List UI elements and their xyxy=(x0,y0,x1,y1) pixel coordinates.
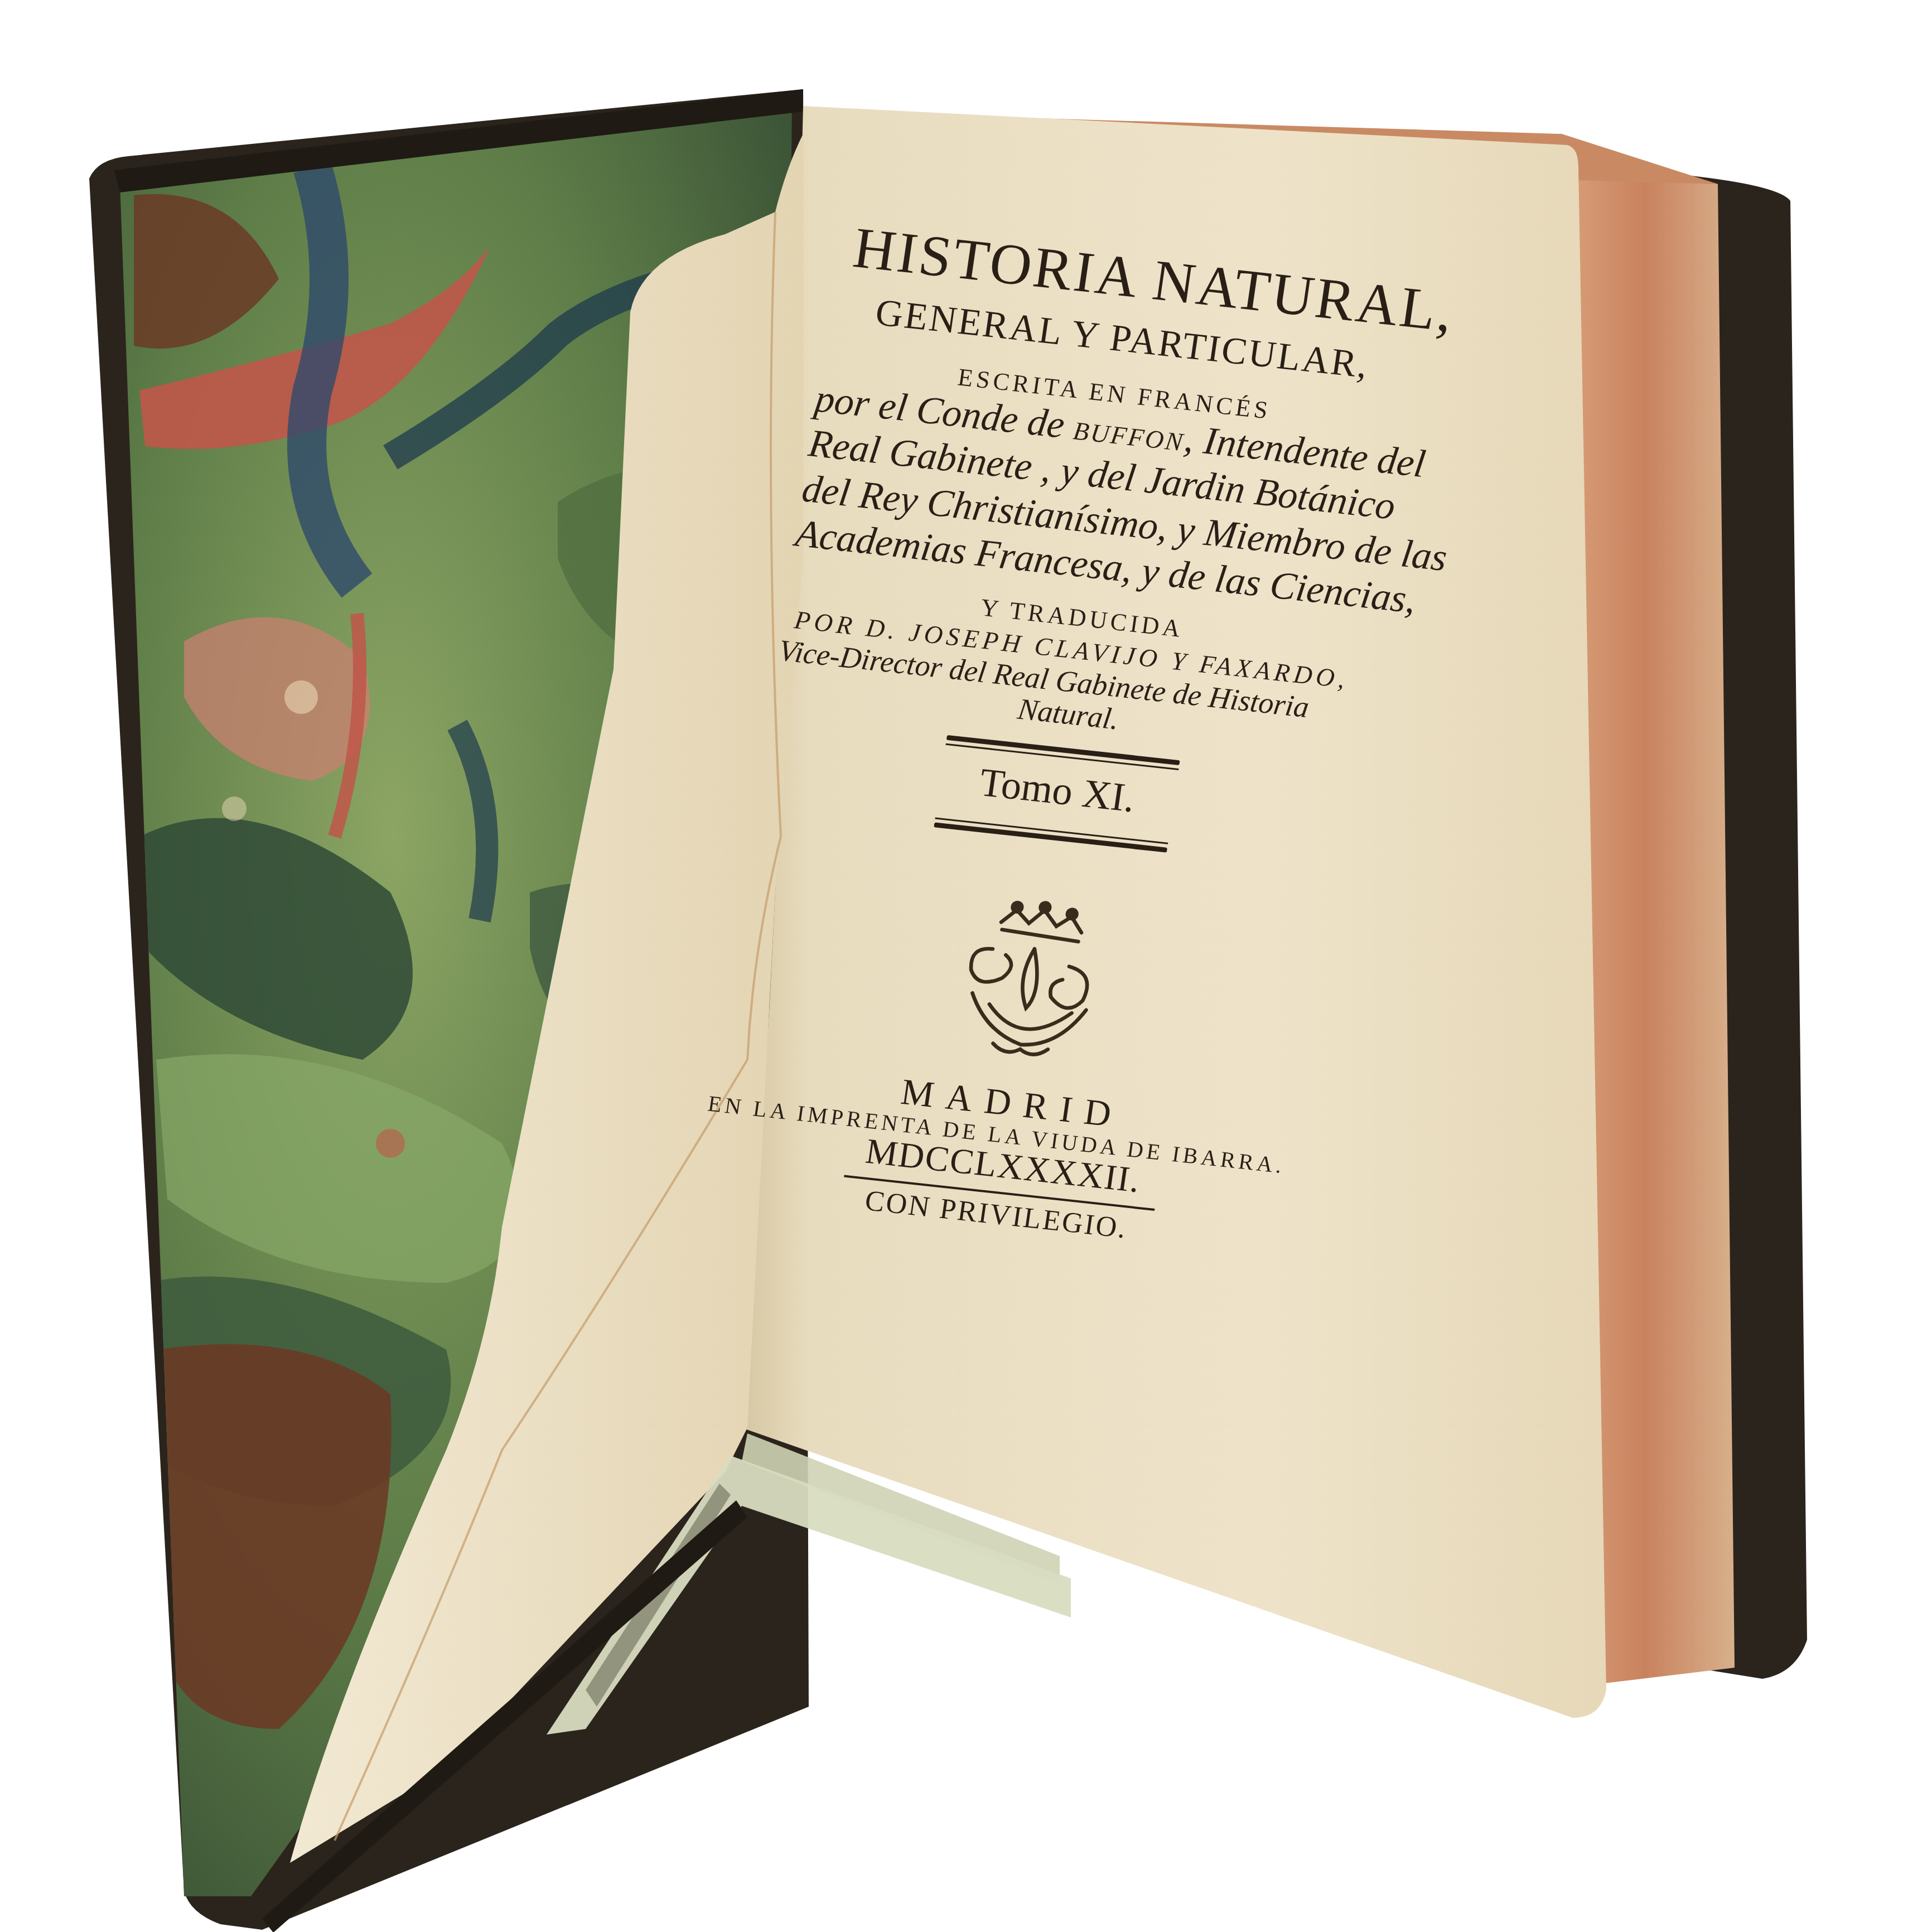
book-photo-scene: HISTORIA NATURAL, GENERAL Y PARTICULAR, … xyxy=(0,0,1932,1932)
crowned-monogram-icon xyxy=(925,880,1134,1081)
double-rule-bottom xyxy=(934,817,1168,852)
